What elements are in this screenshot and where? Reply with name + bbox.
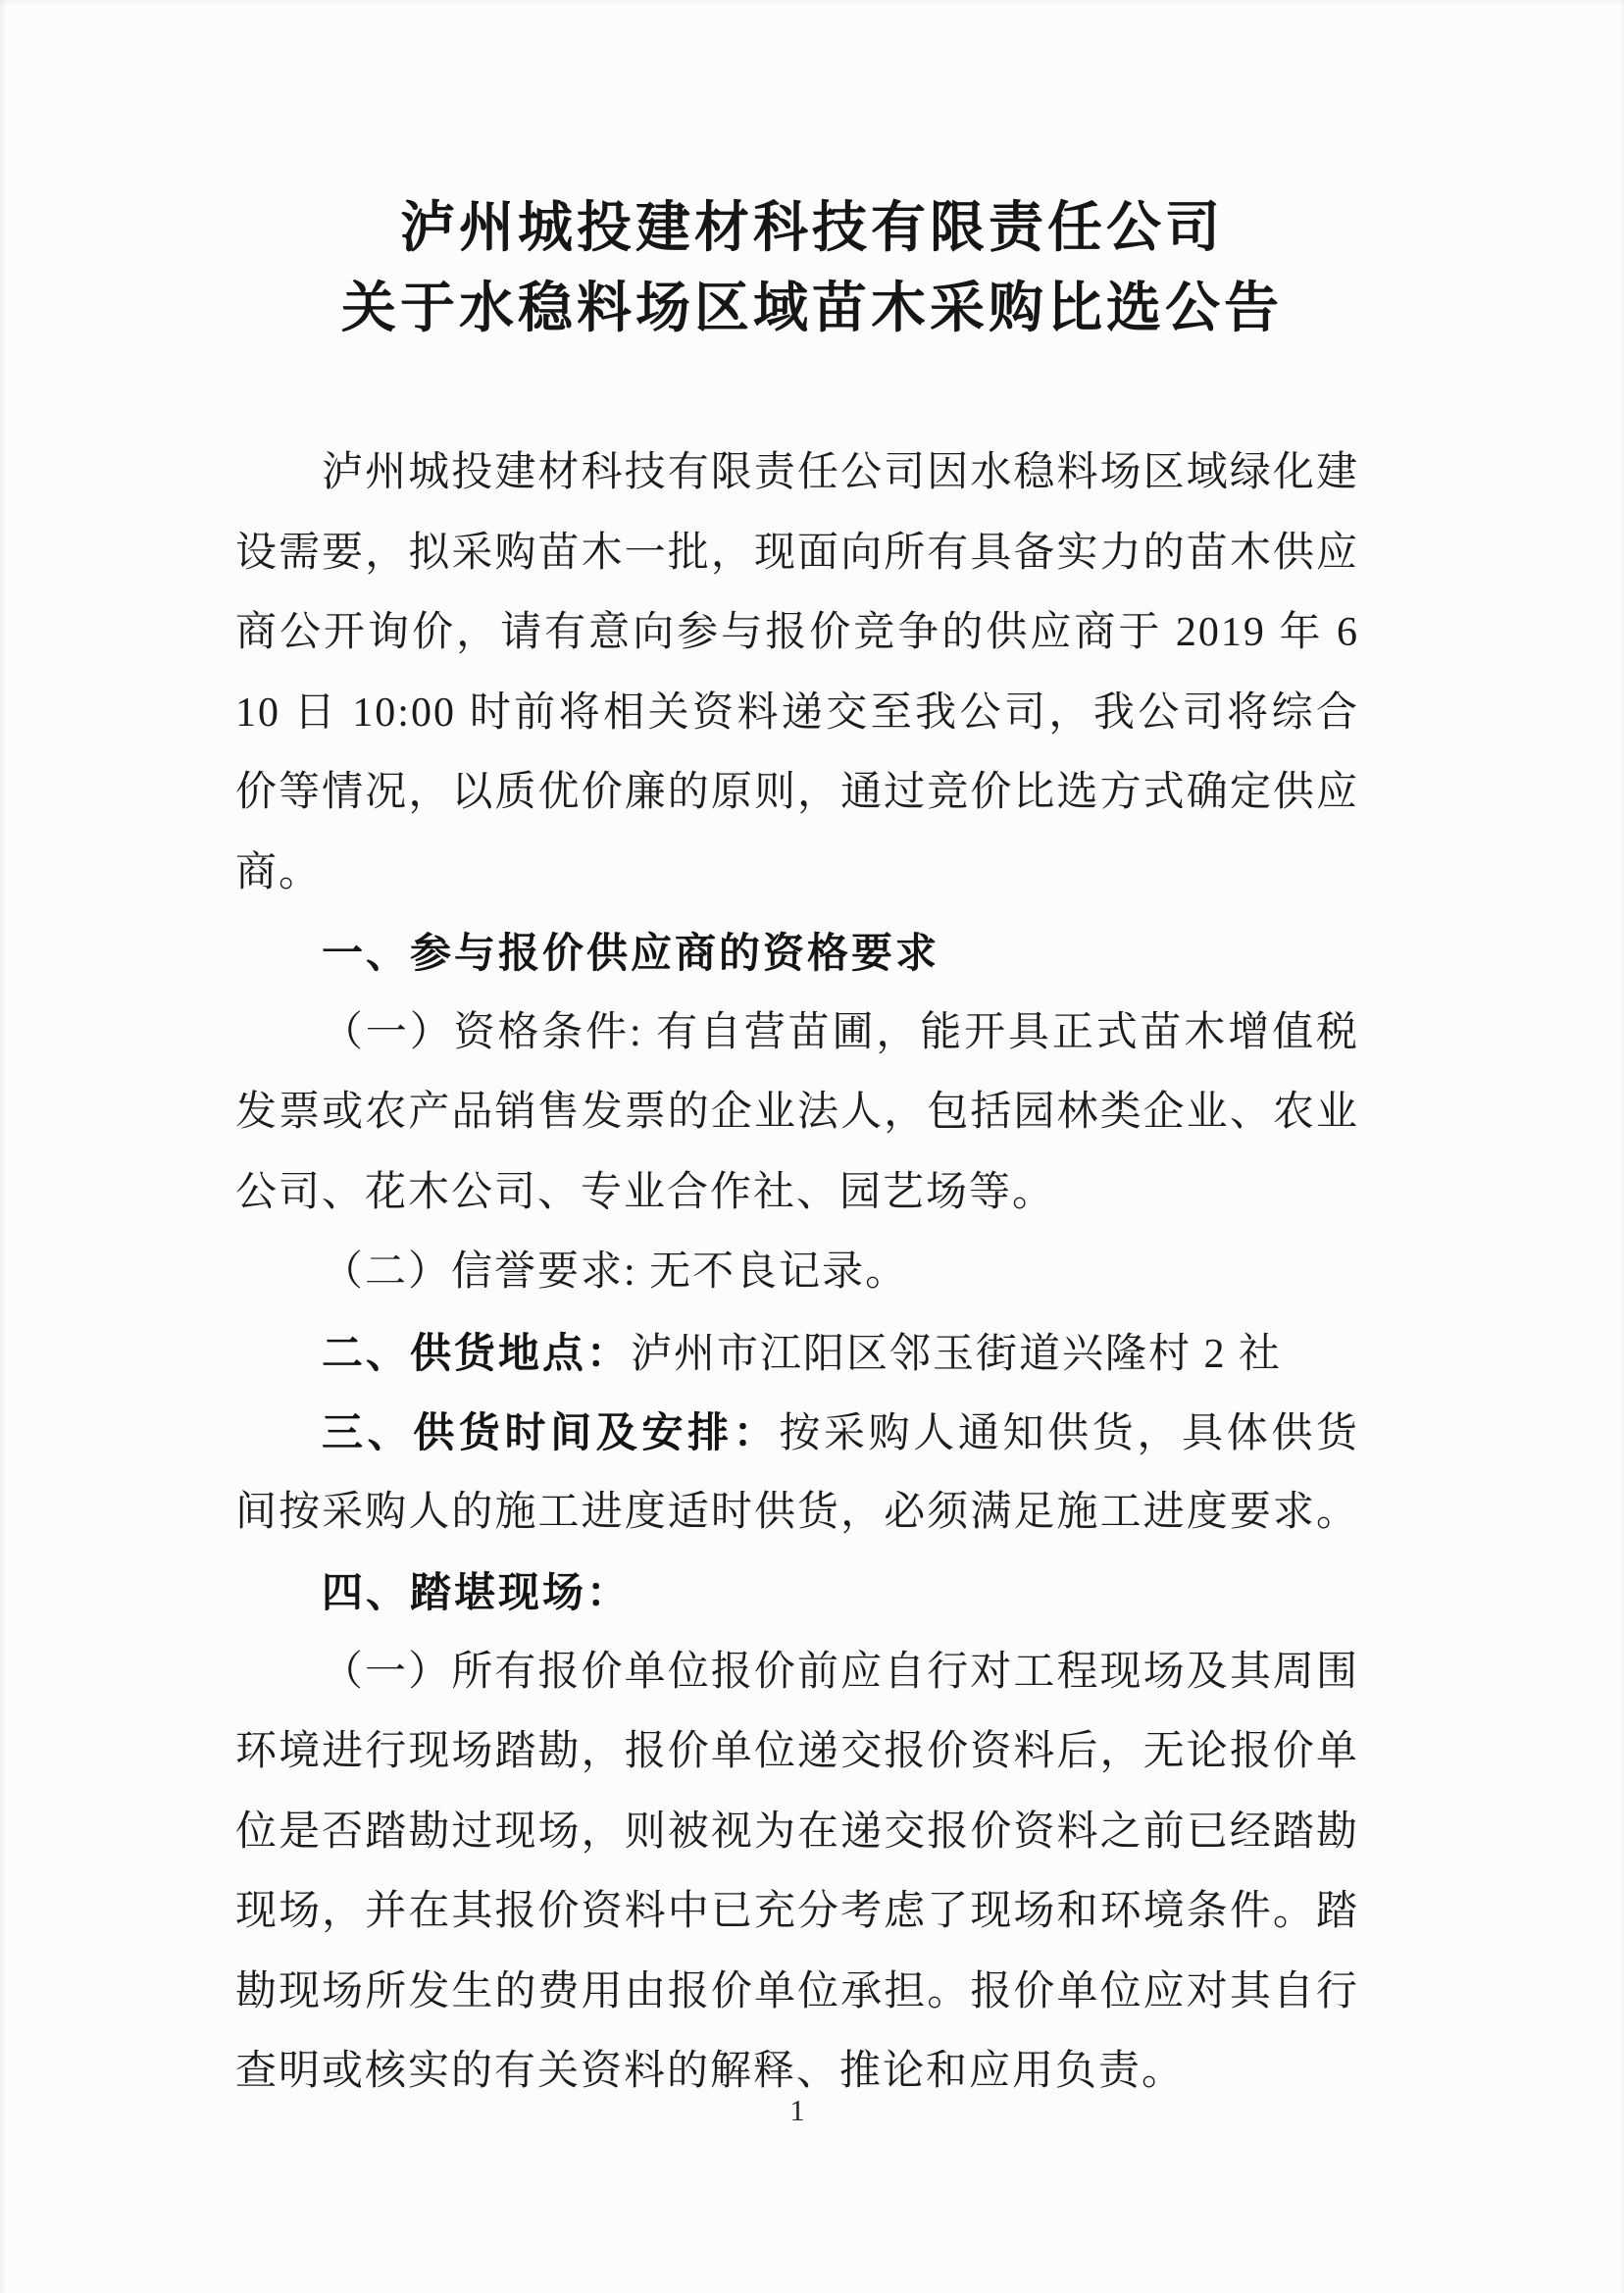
text-line: （一）所有报价单位报价前应自行对工程现场及其周围 [235,1633,1359,1713]
text-line: 间按采购人的施工进度适时供货，必须满足施工进度要求。 [235,1473,1359,1554]
document-title: 泸州城投建材科技有限责任公司 关于水稳料场区域苗木采购比选公告 [108,188,1516,349]
line-text: 环境进行现场踏勘，报价单位递交报价资料后，无论报价单 [235,1729,1359,1774]
line-bold-label: 二、供货地点： [322,1330,631,1376]
text-line: 发票或农产品销售发票的企业法人，包括园林类企业、农业 [235,1073,1359,1153]
line-text: 价等情况，以质优价廉的原则，通过竞价比选方式确定供应 [235,770,1359,815]
text-line: 商。 [235,834,1359,914]
line-text: 查明或核实的有关资料的解释、推论和应用负责。 [235,2049,1185,2094]
line-text: 泸州城投建材科技有限责任公司因水稳料场区域绿化建 [322,450,1359,495]
line-text: （二）信誉要求: 无不良记录。 [322,1249,908,1295]
line-text: 位是否踏勘过现场，则被视为在递交报价资料之前已经踏勘 [235,1809,1359,1855]
text-line: 现场，并在其报价资料中已充分考虑了现场和环境条件。踏 [235,1872,1359,1953]
text-line: 一、参与报价供应商的资格要求 [235,913,1359,994]
line-text: 商公开询价，请有意向参与报价竞争的供应商于 2019 年 6 月 [235,610,1359,674]
text-line: 二、供货地点：泸州市江阳区邻玉街道兴隆村 2 社 [235,1313,1359,1394]
line-bold-label: 三、供货时间及安排： [322,1409,779,1455]
line-text: 勘现场所发生的费用由报价单位承担。报价单位应对其自行 [235,1969,1359,2014]
line-text: 间按采购人的施工进度适时供货，必须满足施工进度要求。 [235,1490,1359,1535]
line-text: 10 日 10:00 时前将相关资料递交至我公司，我公司将综合报 [235,690,1359,754]
text-line: 环境进行现场踏勘，报价单位递交报价资料后，无论报价单 [235,1712,1359,1793]
text-line: 四、踏堪现场： [235,1553,1359,1633]
text-line: 泸州城投建材科技有限责任公司因水稳料场区域绿化建 [235,433,1359,514]
text-line: 公司、花木公司、专业合作社、园艺场等。 [235,1153,1359,1234]
document-title-line-2: 关于水稳料场区域苗木采购比选公告 [108,269,1516,349]
document-body: 泸州城投建材科技有限责任公司因水稳料场区域绿化建设需要，拟采购苗木一批，现面向所… [235,433,1359,2113]
line-text: （一）资格条件: 有自营苗圃，能开具正式苗木增值税 [322,1010,1359,1055]
line-bold-label: 一、参与报价供应商的资格要求 [322,930,939,976]
text-line: 商公开询价，请有意向参与报价竞争的供应商于 2019 年 6 月 [235,593,1359,674]
line-text: 现场，并在其报价资料中已充分考虑了现场和环境条件。踏 [235,1889,1359,1934]
text-line: 价等情况，以质优价廉的原则，通过竞价比选方式确定供应 [235,753,1359,834]
line-text: 商。 [235,850,322,895]
page-number: 1 [235,2091,1359,2130]
document-page: 泸州城投建材科技有限责任公司 关于水稳料场区域苗木采购比选公告 泸州城投建材科技… [0,0,1624,2293]
text-line: （二）信誉要求: 无不良记录。 [235,1233,1359,1313]
line-text: 泸州市江阳区邻玉街道兴隆村 2 社 [631,1332,1282,1377]
line-bold-label: 四、踏堪现场： [322,1569,631,1615]
line-text: （一）所有报价单位报价前应自行对工程现场及其周围 [322,1650,1359,1695]
text-line: （一）资格条件: 有自营苗圃，能开具正式苗木增值税 [235,994,1359,1074]
document-title-line-1: 泸州城投建材科技有限责任公司 [108,188,1516,269]
line-text: 公司、花木公司、专业合作社、园艺场等。 [235,1170,1055,1215]
text-line: 三、供货时间及安排：按采购人通知供货，具体供货时 [235,1393,1359,1473]
line-text: 发票或农产品销售发票的企业法人，包括园林类企业、农业 [235,1090,1359,1135]
text-line: 勘现场所发生的费用由报价单位承担。报价单位应对其自行 [235,1953,1359,2033]
text-line: 位是否踏勘过现场，则被视为在递交报价资料之前已经踏勘 [235,1793,1359,1873]
line-text: 设需要，拟采购苗木一批，现面向所有具备实力的苗木供应 [235,531,1359,576]
text-line: 10 日 10:00 时前将相关资料递交至我公司，我公司将综合报 [235,674,1359,754]
text-line: 设需要，拟采购苗木一批，现面向所有具备实力的苗木供应 [235,514,1359,594]
